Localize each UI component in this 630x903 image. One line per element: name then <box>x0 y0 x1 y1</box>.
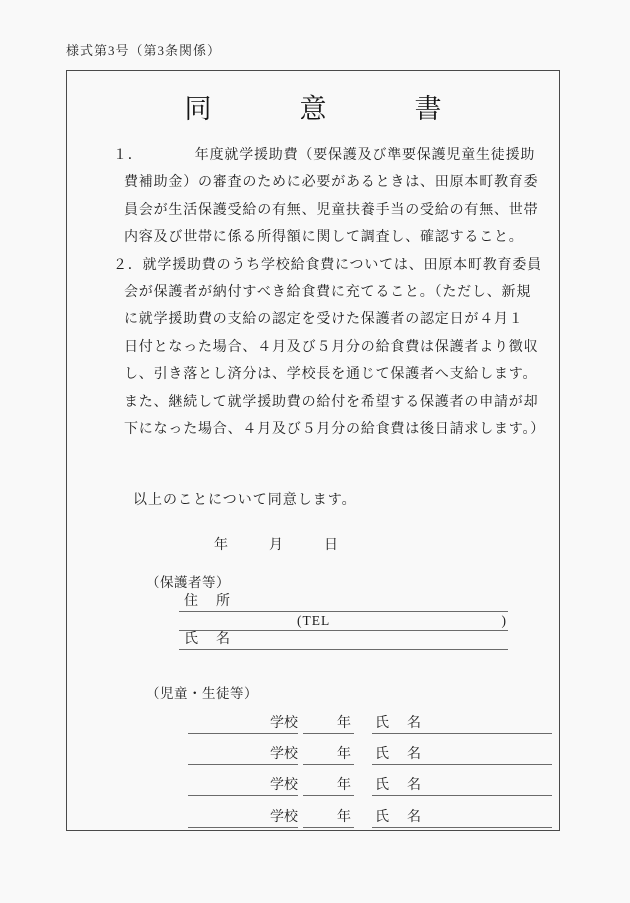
grade-line: 年 <box>303 710 354 734</box>
item2-line: 日付となった場合、４月及び５月分の給食費は保護者より徴収 <box>113 334 537 361</box>
student-name-line: 氏 名 <box>372 804 552 828</box>
school-line: 学校 <box>188 772 298 796</box>
guardian-name-line: 氏 名 <box>179 631 508 650</box>
item1-line: １． 年度就学援助費（要保護及び準要保護児童生徒援助 <box>113 142 537 169</box>
school-line: 学校 <box>188 710 298 734</box>
document-page: 様式第3号（第3条関係） 同 意 書 １． 年度就学援助費（要保護及び準要保護児… <box>0 0 630 903</box>
consent-form-box: 同 意 書 １． 年度就学援助費（要保護及び準要保護児童生徒援助 費補助金）の審… <box>66 70 560 831</box>
student-name-label: 氏 名 <box>375 712 423 732</box>
school-line: 学校 <box>188 804 298 828</box>
month-label: 月 <box>269 534 283 554</box>
item2-line: し、引き落とし済分は、学校長を通じて保護者へ支給します。 <box>113 361 537 388</box>
school-label: 学校 <box>270 743 298 763</box>
grade-label: 年 <box>337 806 351 826</box>
item1-line: 員会が生活保護受給の有無、児童扶養手当の受給の有無、世帯 <box>113 197 537 224</box>
grade-label: 年 <box>337 712 351 732</box>
guardian-address-line: 住 所 <box>179 593 508 612</box>
students-section-label: （児童・生徒等） <box>146 682 258 702</box>
student-name-label: 氏 名 <box>375 743 423 763</box>
guardian-section-label: （保護者等） <box>146 571 230 591</box>
grade-label: 年 <box>337 774 351 794</box>
student-row: 学校 年 氏 名 <box>188 806 552 828</box>
student-name-line: 氏 名 <box>372 772 552 796</box>
school-label: 学校 <box>270 806 298 826</box>
guardian-name-label: 氏 名 <box>184 628 232 648</box>
consent-statement: 以上のことについて同意します。 <box>133 489 357 509</box>
item1-line: 費補助金）の審査のために必要があるときは、田原本町教育委 <box>113 169 537 196</box>
tel-close-label: ) <box>502 613 507 629</box>
item2-line: に就学援助費の支給の認定を受けた保護者の認定日が４月１ <box>113 306 537 333</box>
item2-line: 下になった場合、４月及び５月分の給食費は後日請求します。） <box>113 416 537 443</box>
address-label: 住 所 <box>184 590 232 610</box>
student-name-label: 氏 名 <box>375 806 423 826</box>
grade-line: 年 <box>303 741 354 765</box>
student-row: 学校 年 氏 名 <box>188 712 552 734</box>
grade-label: 年 <box>337 743 351 763</box>
title-char: 同 <box>185 87 212 126</box>
item2-line: ２．就学援助費のうち学校給食費については、田原本町教育委員 <box>113 252 537 279</box>
school-label: 学校 <box>270 712 298 732</box>
student-name-line: 氏 名 <box>372 741 552 765</box>
student-row: 学校 年 氏 名 <box>188 743 552 765</box>
grade-line: 年 <box>303 804 354 828</box>
title-char: 書 <box>415 87 442 126</box>
tel-open-label: (TEL <box>297 613 330 629</box>
form-body: １． 年度就学援助費（要保護及び準要保護児童生徒援助 費補助金）の審査のために必… <box>113 142 537 443</box>
school-line: 学校 <box>188 741 298 765</box>
title-char: 意 <box>300 87 327 126</box>
day-label: 日 <box>324 534 338 554</box>
school-label: 学校 <box>270 774 298 794</box>
item1-line: 内容及び世帯に係る所得額に関して調査し、確認すること。 <box>113 224 537 251</box>
grade-line: 年 <box>303 772 354 796</box>
student-name-label: 氏 名 <box>375 774 423 794</box>
date-line: 年 月 日 <box>214 534 338 554</box>
student-row: 学校 年 氏 名 <box>188 774 552 796</box>
item2-line: また、継続して就学援助費の給付を希望する保護者の申請が却 <box>113 389 537 416</box>
form-title: 同 意 書 <box>67 87 559 126</box>
year-label: 年 <box>214 534 228 554</box>
item2-line: 会が保護者が納付すべき給食費に充てること。（ただし、新規 <box>113 279 537 306</box>
form-number: 様式第3号（第3条関係） <box>66 40 221 59</box>
student-name-line: 氏 名 <box>372 710 552 734</box>
